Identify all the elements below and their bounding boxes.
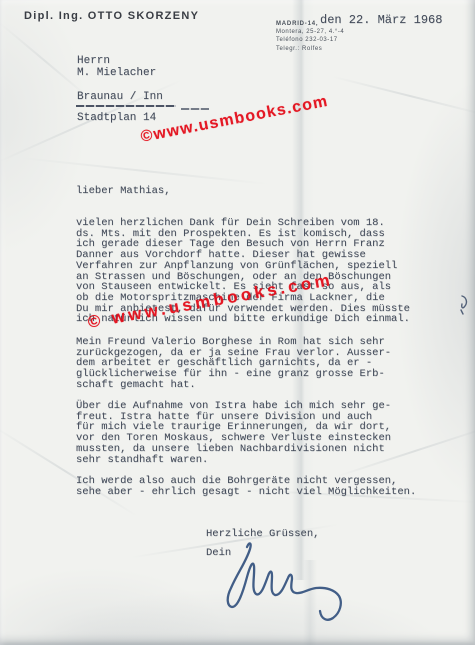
paper-crease [332,76,475,117]
typed-underline-trail [181,108,209,110]
watermark-top: ©www.usmbooks.com [139,93,330,147]
letter-paragraph-4: Ich werde also auch die Bohrgeräte nicht… [76,476,468,497]
recipient-city: Braunau / Inn [77,92,163,104]
letterhead-street: Montera, 25-27, 4.°-4 [276,28,344,36]
letter-paragraph-2: Mein Freund Valerio Borghese in Rom hat … [76,337,468,391]
letterhead-phone: Teléfono 232-03-17 [276,36,344,44]
letterhead-telegram: Telegr.: Rolfes [276,45,344,53]
recipient-name: M. Mielacher [77,68,163,80]
closing-signoff: Dein [206,547,231,559]
signature-stroke [228,543,341,619]
typed-date: den 22. März 1968 [320,13,442,27]
letter-salutation: lieber Mathias, [76,185,171,197]
paper-crease [21,157,270,185]
paper-crease-vertical-lower [303,560,317,645]
scanned-letter-page: Dipl. Ing. OTTO SKORZENY MADRID-14, Mont… [0,0,475,645]
letterhead-sender-name: Dipl. Ing. OTTO SKORZENY [24,10,199,22]
typed-underline [76,105,176,107]
recipient-address-block: Herrn M. Mielacher Braunau / Inn Stadtpl… [77,56,163,124]
closing-regards: Herzliche Grüssen, [206,528,319,540]
letter-paragraph-3: Über die Aufnahme von Istra habe ich mic… [76,401,468,465]
recipient-street: Stadtplan 14 [77,113,163,125]
recipient-salutation: Herrn [77,56,163,68]
